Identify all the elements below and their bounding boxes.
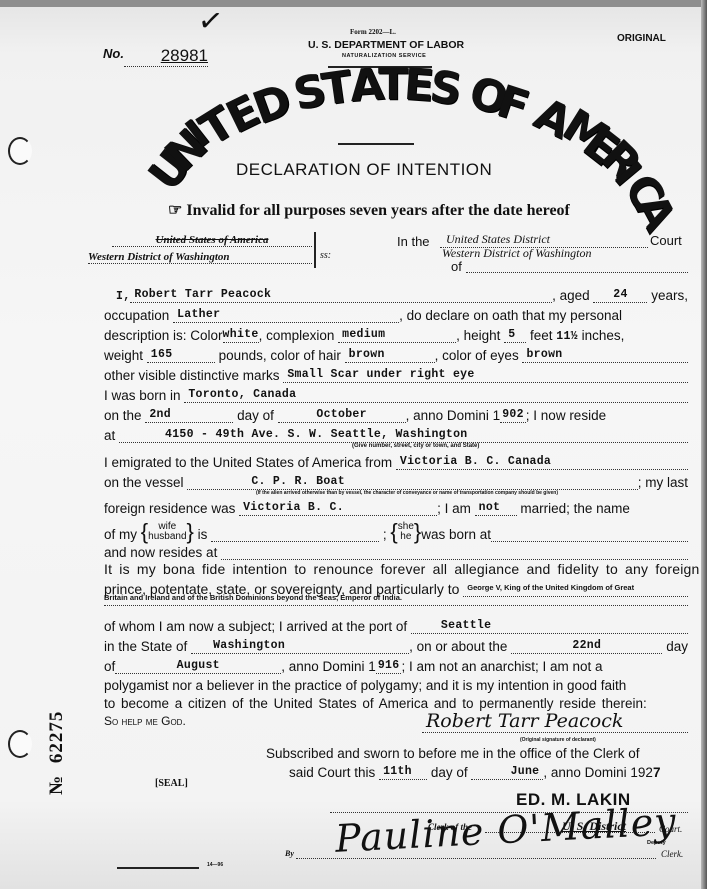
document-number: 28981: [124, 46, 208, 67]
jurat-line2: said Court this 11th day of June , anno …: [289, 765, 660, 780]
birthplace: Toronto, Canada: [184, 388, 688, 403]
validity-warning-text: Invalid for all purposes seven years aft…: [186, 202, 570, 219]
foreign-residence-label: foreign residence was: [104, 501, 235, 516]
court-of-blank: [466, 272, 688, 273]
line-arrival-date: of August , anno Domini 1 916 ; I am not…: [104, 654, 688, 674]
line-polygamy: polygamist nor a believer in the practic…: [104, 673, 688, 693]
brace-close: }: [187, 522, 194, 542]
line-description: description is: Color white , complexion…: [104, 323, 688, 343]
ss-label: ss:: [320, 250, 331, 261]
line-sovereign: Britain and Ireland and of the British D…: [104, 592, 688, 606]
in-the-label: In the: [397, 234, 430, 249]
complexion: medium: [338, 328, 456, 343]
line-residence: at 4150 - 49th Ave. S. W. Seattle, Washi…: [104, 423, 688, 443]
check-mark: ✓: [196, 2, 226, 40]
punch-hole-icon: [8, 730, 32, 758]
vessel: C. P. R. Boat: [187, 475, 637, 490]
occupation-label: occupation: [104, 308, 169, 323]
line-renounce: It is my bona fide intention to renounce…: [104, 557, 688, 577]
arc-letter: S: [427, 61, 465, 116]
residence: 4150 - 49th Ave. S. W. Seattle, Washingt…: [119, 428, 688, 443]
of-label: of: [451, 259, 462, 274]
seal-label: [SEAL]: [155, 778, 188, 789]
hair-color: brown: [345, 348, 435, 363]
venue-district: Western District of Washington: [88, 251, 312, 264]
marital-status: not: [475, 501, 517, 516]
eye-color: brown: [522, 348, 688, 363]
line-birthplace: I was born in Toronto, Canada: [104, 383, 688, 403]
department-name: U. S. DEPARTMENT OF LABOR: [308, 39, 464, 51]
divider: [338, 143, 414, 145]
inches-label: inches,: [582, 328, 625, 343]
court-label: Court: [650, 233, 682, 248]
at-label: at: [104, 428, 115, 443]
original-label: ORIGINAL: [617, 33, 666, 44]
of-label: of: [104, 659, 115, 674]
arrival-day: 22nd: [511, 639, 662, 654]
anno-domini-label: , anno Domini 1: [281, 659, 376, 674]
marks-label: other visible distinctive marks: [104, 368, 280, 383]
number-label: No.: [103, 46, 124, 61]
venue-brace: [314, 232, 316, 268]
emigrated-from: Victoria B. C. Canada: [396, 455, 688, 470]
years-label: years,: [651, 288, 688, 303]
line-emigrated: I emigrated to the United States of Amer…: [104, 450, 688, 470]
footer-code: 14—96: [207, 862, 223, 868]
clerk-label: Clerk.: [661, 849, 683, 859]
port: Seattle: [411, 619, 688, 634]
day-of-label: day of: [237, 408, 274, 423]
document-page: ✓ No. 28981 Form 2202—L. U. S. DEPARTMEN…: [0, 0, 707, 889]
declarant-name: Robert Tarr Peacock: [130, 288, 552, 303]
stamp-number: 62275: [46, 711, 67, 764]
hair-label: pounds, color of hair: [219, 348, 341, 363]
feet-label: feet: [530, 328, 553, 343]
court-name-line2: Western District of Washington: [442, 246, 591, 261]
renounce-text: It is my bona fide intention to renounce…: [104, 561, 700, 577]
aged-label: , aged: [552, 288, 590, 303]
declarant-signature: Robert Tarr Peacock: [422, 710, 688, 733]
deputy-label: Deputy: [647, 840, 666, 846]
weight-label: weight: [104, 348, 143, 363]
height-feet: 5: [504, 328, 526, 343]
day-label: day: [666, 639, 688, 654]
occupation: Lather: [173, 308, 399, 323]
line-occupation: occupation Lather , do declare on oath t…: [104, 303, 688, 323]
reside-label: ; I now reside: [526, 408, 606, 423]
line-state: in the State of Washington , on or about…: [104, 634, 688, 654]
brace-open: {: [390, 522, 397, 542]
document-title: DECLARATION OF INTENTION: [236, 160, 492, 180]
venue-country: United States of America: [112, 234, 312, 247]
emigrated-label: I emigrated to the United States of Amer…: [104, 455, 392, 470]
height-inches: 11½: [556, 330, 578, 343]
arrival-month: August: [115, 659, 281, 674]
arrival-year: 916: [376, 659, 402, 674]
color-label: description is: Color: [104, 328, 223, 343]
complexion-label: , complexion: [259, 328, 335, 343]
scan-edge-top: [0, 0, 707, 7]
weight: 165: [147, 348, 215, 363]
anarchist-text: ; I am not an anarchist; I am not a: [401, 659, 602, 674]
birth-month: October: [278, 408, 406, 423]
line-marks: other visible distinctive marks Small Sc…: [104, 363, 688, 383]
wife-husband-choice: wife husband: [148, 522, 186, 542]
about-label: , on or about the: [409, 639, 507, 654]
jurat-year-digit: 7: [653, 765, 661, 780]
on-the-label: on the: [104, 408, 142, 423]
birth-day: 2nd: [145, 408, 233, 423]
day-of-label: day of: [431, 765, 468, 780]
jurat-day: 11th: [379, 765, 427, 780]
punch-hole-icon: [8, 137, 32, 165]
anno-domini-label: , anno Domini 1: [406, 408, 501, 423]
color: white: [223, 328, 259, 343]
footer-rule: [117, 867, 199, 869]
jurat-line1: Subscribed and sworn to before me in the…: [266, 746, 639, 761]
arrival-state: Washington: [191, 639, 409, 654]
foreign-residence: Victoria B. C.: [239, 501, 437, 516]
i-label: I,: [116, 290, 130, 303]
subject-label: of whom I am now a subject; I arrived at…: [104, 619, 407, 634]
oath-text: , do declare on oath that my personal: [399, 308, 622, 323]
line-spouse: of my { wife husband } is ; { she he } w…: [104, 518, 688, 542]
eyes-label: , color of eyes: [435, 348, 519, 363]
sovereign-line2: Britain and Ireland and of the British D…: [104, 591, 688, 606]
line-weight: weight 165 pounds, color of hair brown ,…: [104, 343, 688, 363]
line-vessel: on the vessel C. P. R. Boat ; my last: [104, 470, 688, 490]
line-foreign-residence: foreign residence was Victoria B. C. ; I…: [104, 496, 688, 516]
so-help-me-god: So help me God.: [104, 714, 186, 728]
pointing-hand-icon: ☞: [168, 202, 182, 219]
court-this-label: said Court this: [289, 765, 375, 780]
line-port: of whom I am now a subject; I arrived at…: [104, 614, 688, 634]
state-label: in the State of: [104, 639, 187, 654]
i-am-label: ; I am: [437, 501, 471, 516]
anno-domini-label: , anno Domini 192: [543, 765, 653, 780]
brace-open: {: [141, 522, 148, 542]
validity-warning: ☞ Invalid for all purposes seven years a…: [168, 200, 570, 220]
height-label: , height: [456, 328, 500, 343]
born-label: I was born in: [104, 388, 181, 403]
married-label: married; the name: [520, 501, 630, 516]
line-birthdate: on the 2nd day of October , anno Domini …: [104, 403, 688, 423]
scan-edge-right: [701, 0, 707, 889]
signature-note: (Original signature of declarant): [520, 737, 596, 743]
by-label: By: [285, 849, 294, 858]
distinctive-marks: Small Scar under right eye: [283, 368, 688, 383]
jurat-month: June: [471, 765, 543, 780]
line-name: I, Robert Tarr Peacock , aged 24 years,: [104, 283, 688, 303]
last-label: ; my last: [638, 475, 688, 490]
she-he-choice: she he: [398, 522, 414, 542]
vessel-label: on the vessel: [104, 475, 184, 490]
margin-stamp: № 62275: [46, 675, 68, 795]
form-number: Form 2202—L.: [350, 28, 396, 36]
numero-icon: №: [46, 776, 67, 795]
birth-year: 902: [500, 408, 526, 423]
age: 24: [593, 288, 647, 303]
residence-note: (Give number, street, city or town, and …: [352, 443, 479, 449]
